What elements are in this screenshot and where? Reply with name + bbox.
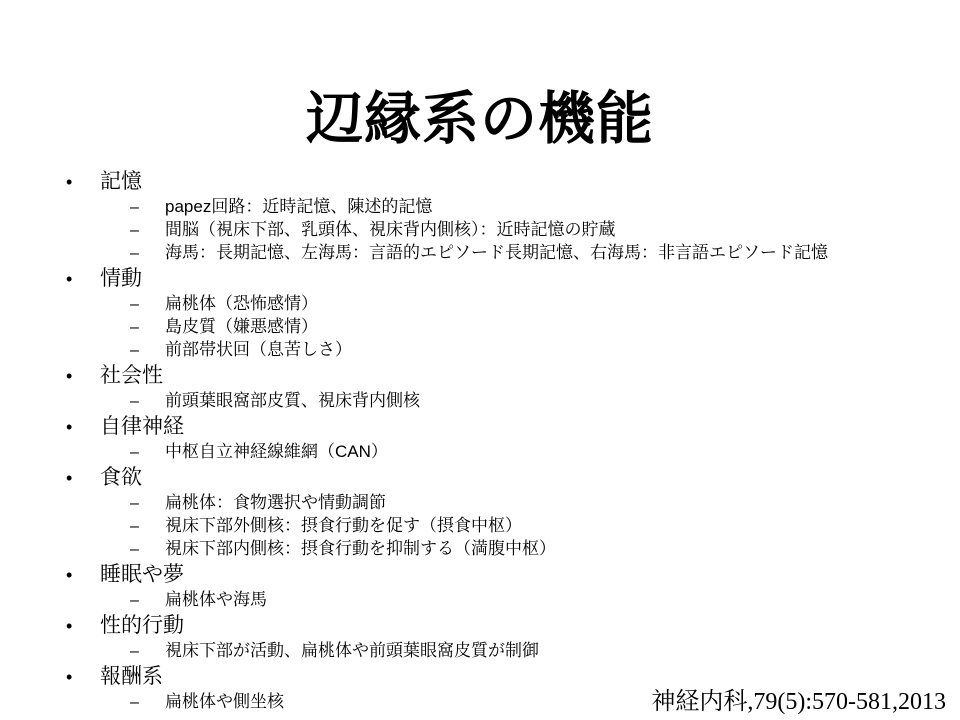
sub-item: –前部帯状回（息苦しさ）: [0, 339, 960, 362]
slide-title: 辺縁系の機能: [0, 84, 960, 154]
slide: 辺縁系の機能 •記憶–papez回路：近時記憶、陳述的記憶–間脳（視床下部、乳頭…: [0, 0, 960, 720]
section-label: 情動: [100, 265, 142, 292]
sub-item-label: 扁桃体や側坐核: [165, 691, 284, 713]
sub-item-label: 視床下部内側核：摂食行動を抑制する（満腹中枢）: [165, 538, 556, 560]
section-heading: •情動: [0, 265, 960, 293]
dash-icon: –: [130, 391, 165, 413]
section-heading: •睡眠や夢: [0, 561, 960, 589]
sub-item: –扁桃体（恐怖感情）: [0, 293, 960, 316]
dash-icon: –: [130, 692, 165, 714]
dash-icon: –: [130, 317, 165, 339]
sub-item: –扁桃体や海馬: [0, 589, 960, 612]
sub-item-label: 前頭葉眼窩部皮質、視床背内側核: [165, 390, 420, 412]
bullet-icon: •: [66, 363, 100, 390]
bullet-icon: •: [66, 664, 100, 691]
sub-item: –間脳（視床下部、乳頭体、視床背内側核）：近時記憶の貯蔵: [0, 219, 960, 242]
bullet-icon: •: [66, 169, 100, 196]
dash-icon: –: [130, 294, 165, 316]
bullet-icon: •: [66, 613, 100, 640]
sub-item-label: 扁桃体（恐怖感情）: [165, 293, 318, 315]
sub-item: –海馬：長期記憶、左海馬：言語的エピソード長期記憶、右海馬：非言語エピソード記憶: [0, 242, 960, 265]
section-label: 自律神経: [100, 413, 184, 440]
dash-icon: –: [130, 641, 165, 663]
dash-icon: –: [130, 340, 165, 362]
dash-icon: –: [130, 220, 165, 242]
sub-item-label: 間脳（視床下部、乳頭体、視床背内側核）：近時記憶の貯蔵: [165, 219, 616, 241]
section-heading: •社会性: [0, 362, 960, 390]
bullet-list: •記憶–papez回路：近時記憶、陳述的記憶–間脳（視床下部、乳頭体、視床背内側…: [0, 168, 960, 714]
sub-item: –扁桃体：食物選択や情動調節: [0, 492, 960, 515]
dash-icon: –: [130, 493, 165, 515]
sub-item: –前頭葉眼窩部皮質、視床背内側核: [0, 390, 960, 413]
section-label: 性的行動: [100, 612, 184, 639]
section-label: 報酬系: [100, 663, 163, 690]
bullet-icon: •: [66, 465, 100, 492]
sub-item-label: papez回路：近時記憶、陳述的記憶: [165, 196, 432, 218]
sub-item: –視床下部内側核：摂食行動を抑制する（満腹中枢）: [0, 538, 960, 561]
sub-item-label: 前部帯状回（息苦しさ）: [165, 339, 352, 361]
sub-item-label: 視床下部外側核：摂食行動を促す（摂食中枢）: [165, 515, 522, 537]
dash-icon: –: [130, 442, 165, 464]
bullet-icon: •: [66, 414, 100, 441]
section-heading: •自律神経: [0, 413, 960, 441]
sub-item-label: 海馬：長期記憶、左海馬：言語的エピソード長期記憶、右海馬：非言語エピソード記憶: [165, 242, 828, 264]
section-heading: •性的行動: [0, 612, 960, 640]
section-heading: •記憶: [0, 168, 960, 196]
sub-item-label: 視床下部が活動、扁桃体や前頭葉眼窩皮質が制御: [165, 640, 539, 662]
bullet-icon: •: [66, 562, 100, 589]
dash-icon: –: [130, 516, 165, 538]
citation: 神経内科,79(5):570-581,2013: [651, 681, 946, 716]
section-label: 社会性: [100, 362, 163, 389]
bullet-icon: •: [66, 266, 100, 293]
dash-icon: –: [130, 539, 165, 561]
section-label: 睡眠や夢: [100, 561, 184, 588]
section-label: 記憶: [100, 168, 142, 195]
sub-item: –島皮質（嫌悪感情）: [0, 316, 960, 339]
dash-icon: –: [130, 243, 165, 265]
sub-item: –中枢自立神経線維網（CAN）: [0, 441, 960, 464]
sub-item: –視床下部が活動、扁桃体や前頭葉眼窩皮質が制御: [0, 640, 960, 663]
sub-item-label: 扁桃体：食物選択や情動調節: [165, 492, 386, 514]
sub-item-label: 島皮質（嫌悪感情）: [165, 316, 318, 338]
sub-item-label: 中枢自立神経線維網（CAN）: [165, 441, 388, 463]
sub-item: –視床下部外側核：摂食行動を促す（摂食中枢）: [0, 515, 960, 538]
sub-item-label: 扁桃体や海馬: [165, 589, 267, 611]
sub-item: –papez回路：近時記憶、陳述的記憶: [0, 196, 960, 219]
section-label: 食欲: [100, 464, 142, 491]
section-heading: •食欲: [0, 464, 960, 492]
dash-icon: –: [130, 590, 165, 612]
dash-icon: –: [130, 197, 165, 219]
